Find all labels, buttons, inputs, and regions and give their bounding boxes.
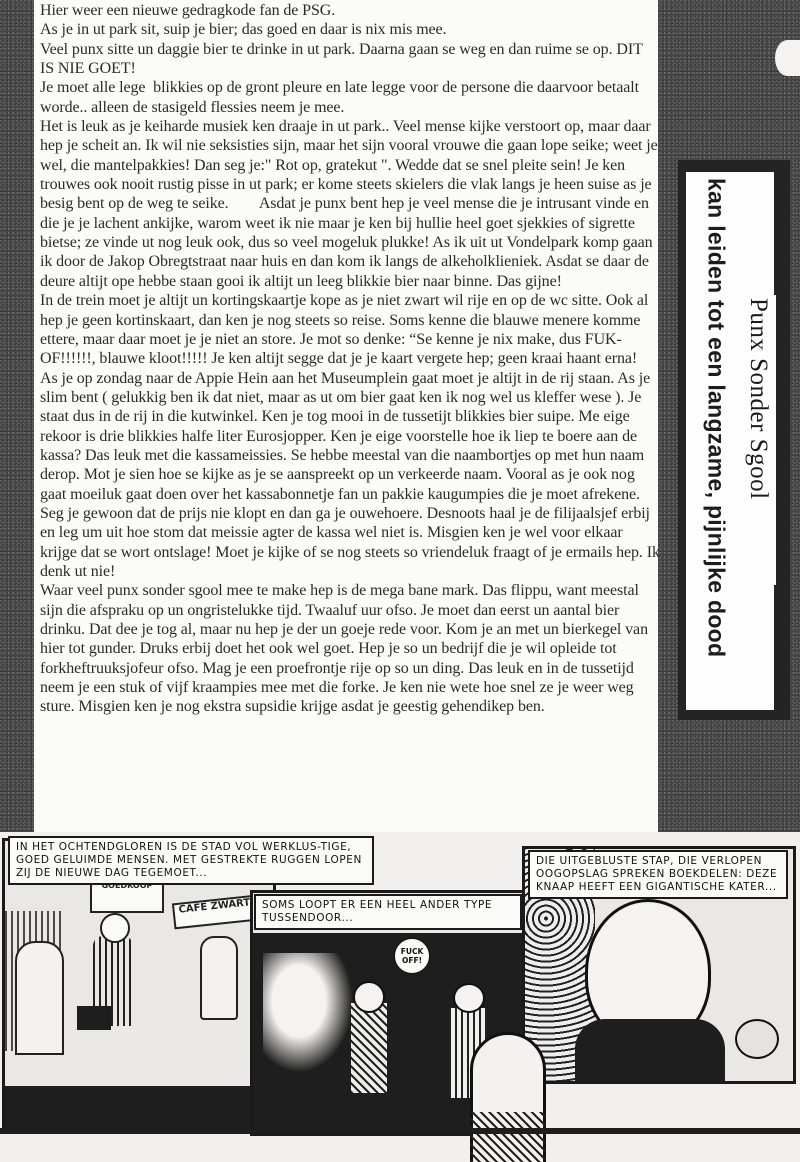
- article-paragraph: Het is leuk as je keiharde musiek ken dr…: [40, 117, 660, 291]
- comic-baseline: [0, 1128, 800, 1134]
- leather-jacket: [575, 1019, 725, 1081]
- cafe-sign: CAFE ZWART: [172, 895, 258, 930]
- woman-figure: [200, 936, 238, 1020]
- article-paragraph: In de trein moet je altijt un kortingska…: [40, 291, 660, 368]
- comic-strip: GOEDKOOP CAFE ZWART In het ochtendgloren…: [0, 832, 800, 1162]
- headline-title: Punx Sonder Sgool: [744, 298, 772, 588]
- bucket: [735, 1019, 779, 1059]
- article-body: Hier weer een nieuwe gedragkode fan de P…: [40, 1, 660, 717]
- article-paragraph: As je op zondag naar de Appie Hein aan h…: [40, 369, 660, 582]
- speech-bubble: FUCK OFF!: [393, 937, 431, 975]
- grinning-man-jacket: [470, 1112, 545, 1162]
- paper-tear: [775, 40, 800, 76]
- stranger-head: [453, 983, 485, 1013]
- punk-figure: [351, 1003, 387, 1093]
- comic-caption-2: Soms loopt er een heel ander type tussen…: [254, 894, 522, 930]
- smoke-cloud: [263, 953, 353, 1073]
- headline-subtitle: kan leiden tot een langzame, pijnlijke d…: [690, 178, 742, 708]
- article-paragraph: Waar veel punx sonder sgool mee te make …: [40, 581, 660, 716]
- article-paragraph: Veel punx sitte un daggie bier te drinke…: [40, 40, 660, 79]
- person-figure: [15, 941, 64, 1055]
- briefcase: [77, 1006, 111, 1030]
- article-paragraph: As je in ut park sit, suip je bier; das …: [40, 20, 660, 39]
- businessman-head: [100, 913, 130, 943]
- comic-caption-1: In het ochtendgloren is de stad vol werk…: [8, 836, 374, 885]
- street-shadow: [5, 1086, 273, 1131]
- article-paragraph: Hier weer een nieuwe gedragkode fan de P…: [40, 1, 660, 20]
- punk-head: [353, 981, 385, 1013]
- comic-caption-3: Die uitgebluste stap, die verlopen oogop…: [528, 850, 788, 899]
- article-paragraph: Je moet alle lege blikkies op de gront p…: [40, 78, 660, 117]
- photocopy-border-left: [0, 0, 34, 840]
